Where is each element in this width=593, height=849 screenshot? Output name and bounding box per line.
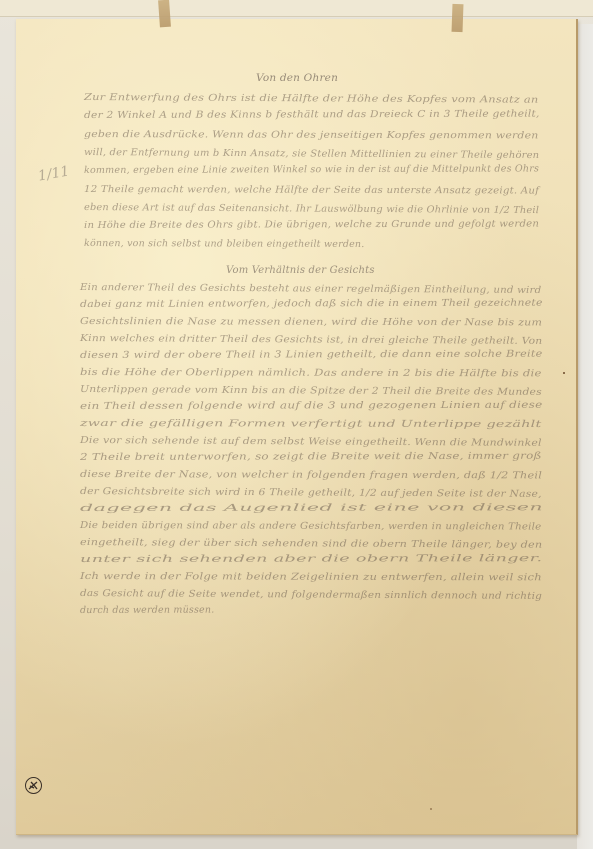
page-title: Von den Ohren xyxy=(256,72,338,84)
manuscript-line: diesen 3 wird der obere Theil in 3 Linie… xyxy=(80,349,543,361)
manuscript-line: Ich werde in der Folge mit beiden Zeigel… xyxy=(80,571,542,583)
paper-speck xyxy=(563,372,565,374)
manuscript-line: in Höhe die Breite des Ohrs gibt. Die üb… xyxy=(84,219,539,231)
manuscript-line: kommen, ergeben eine Linie zweiten Winke… xyxy=(84,164,539,177)
manuscript-line: Gesichtslinien die Nase zu messen dienen… xyxy=(80,316,542,328)
archive-stamp-icon xyxy=(25,777,42,794)
manuscript-line: dabei ganz mit Linien entworfen, jedoch … xyxy=(80,298,543,310)
manuscript-line: ein Theil dessen folgende wird auf die 3… xyxy=(80,400,543,412)
manuscript-line: Die beiden übrigen sind aber als andere … xyxy=(80,520,541,532)
manuscript-line: geben die Ausdrücke. Wenn das Ohr des je… xyxy=(84,129,539,141)
section-header: Vom Verhältnis der Gesichts xyxy=(226,265,375,276)
manuscript-line: können, von sich selbst und bleiben eing… xyxy=(84,238,365,250)
manuscript-line: zwar die gefälligen Formen verfertigt un… xyxy=(80,418,542,430)
manuscript-line: der 2 Winkel A und B des Kinns b festhäl… xyxy=(84,109,540,121)
manuscript-line: diese Breite der Nase, von welcher in fo… xyxy=(80,469,542,481)
manuscript-line: bis die Höhe der Oberlippen nämlich. Das… xyxy=(80,367,542,379)
mounting-tape-left xyxy=(158,0,171,27)
manuscript-line: 12 Theile gemacht werden, welche Hälfte … xyxy=(84,184,539,196)
manuscript-line: durch das werden müssen. xyxy=(80,605,214,616)
mounting-tape-right xyxy=(452,4,464,32)
backdrop-sheet xyxy=(0,0,593,17)
backdrop-right xyxy=(577,24,593,849)
manuscript-line: unter sich sehenden aber die obern Theil… xyxy=(80,553,543,565)
paper-speck xyxy=(430,808,432,810)
manuscript-line: dagegen das Augenlied ist eine von diese… xyxy=(80,502,543,514)
manuscript-line: 2 Theile breit unterworfen, so zeigt die… xyxy=(80,451,542,463)
